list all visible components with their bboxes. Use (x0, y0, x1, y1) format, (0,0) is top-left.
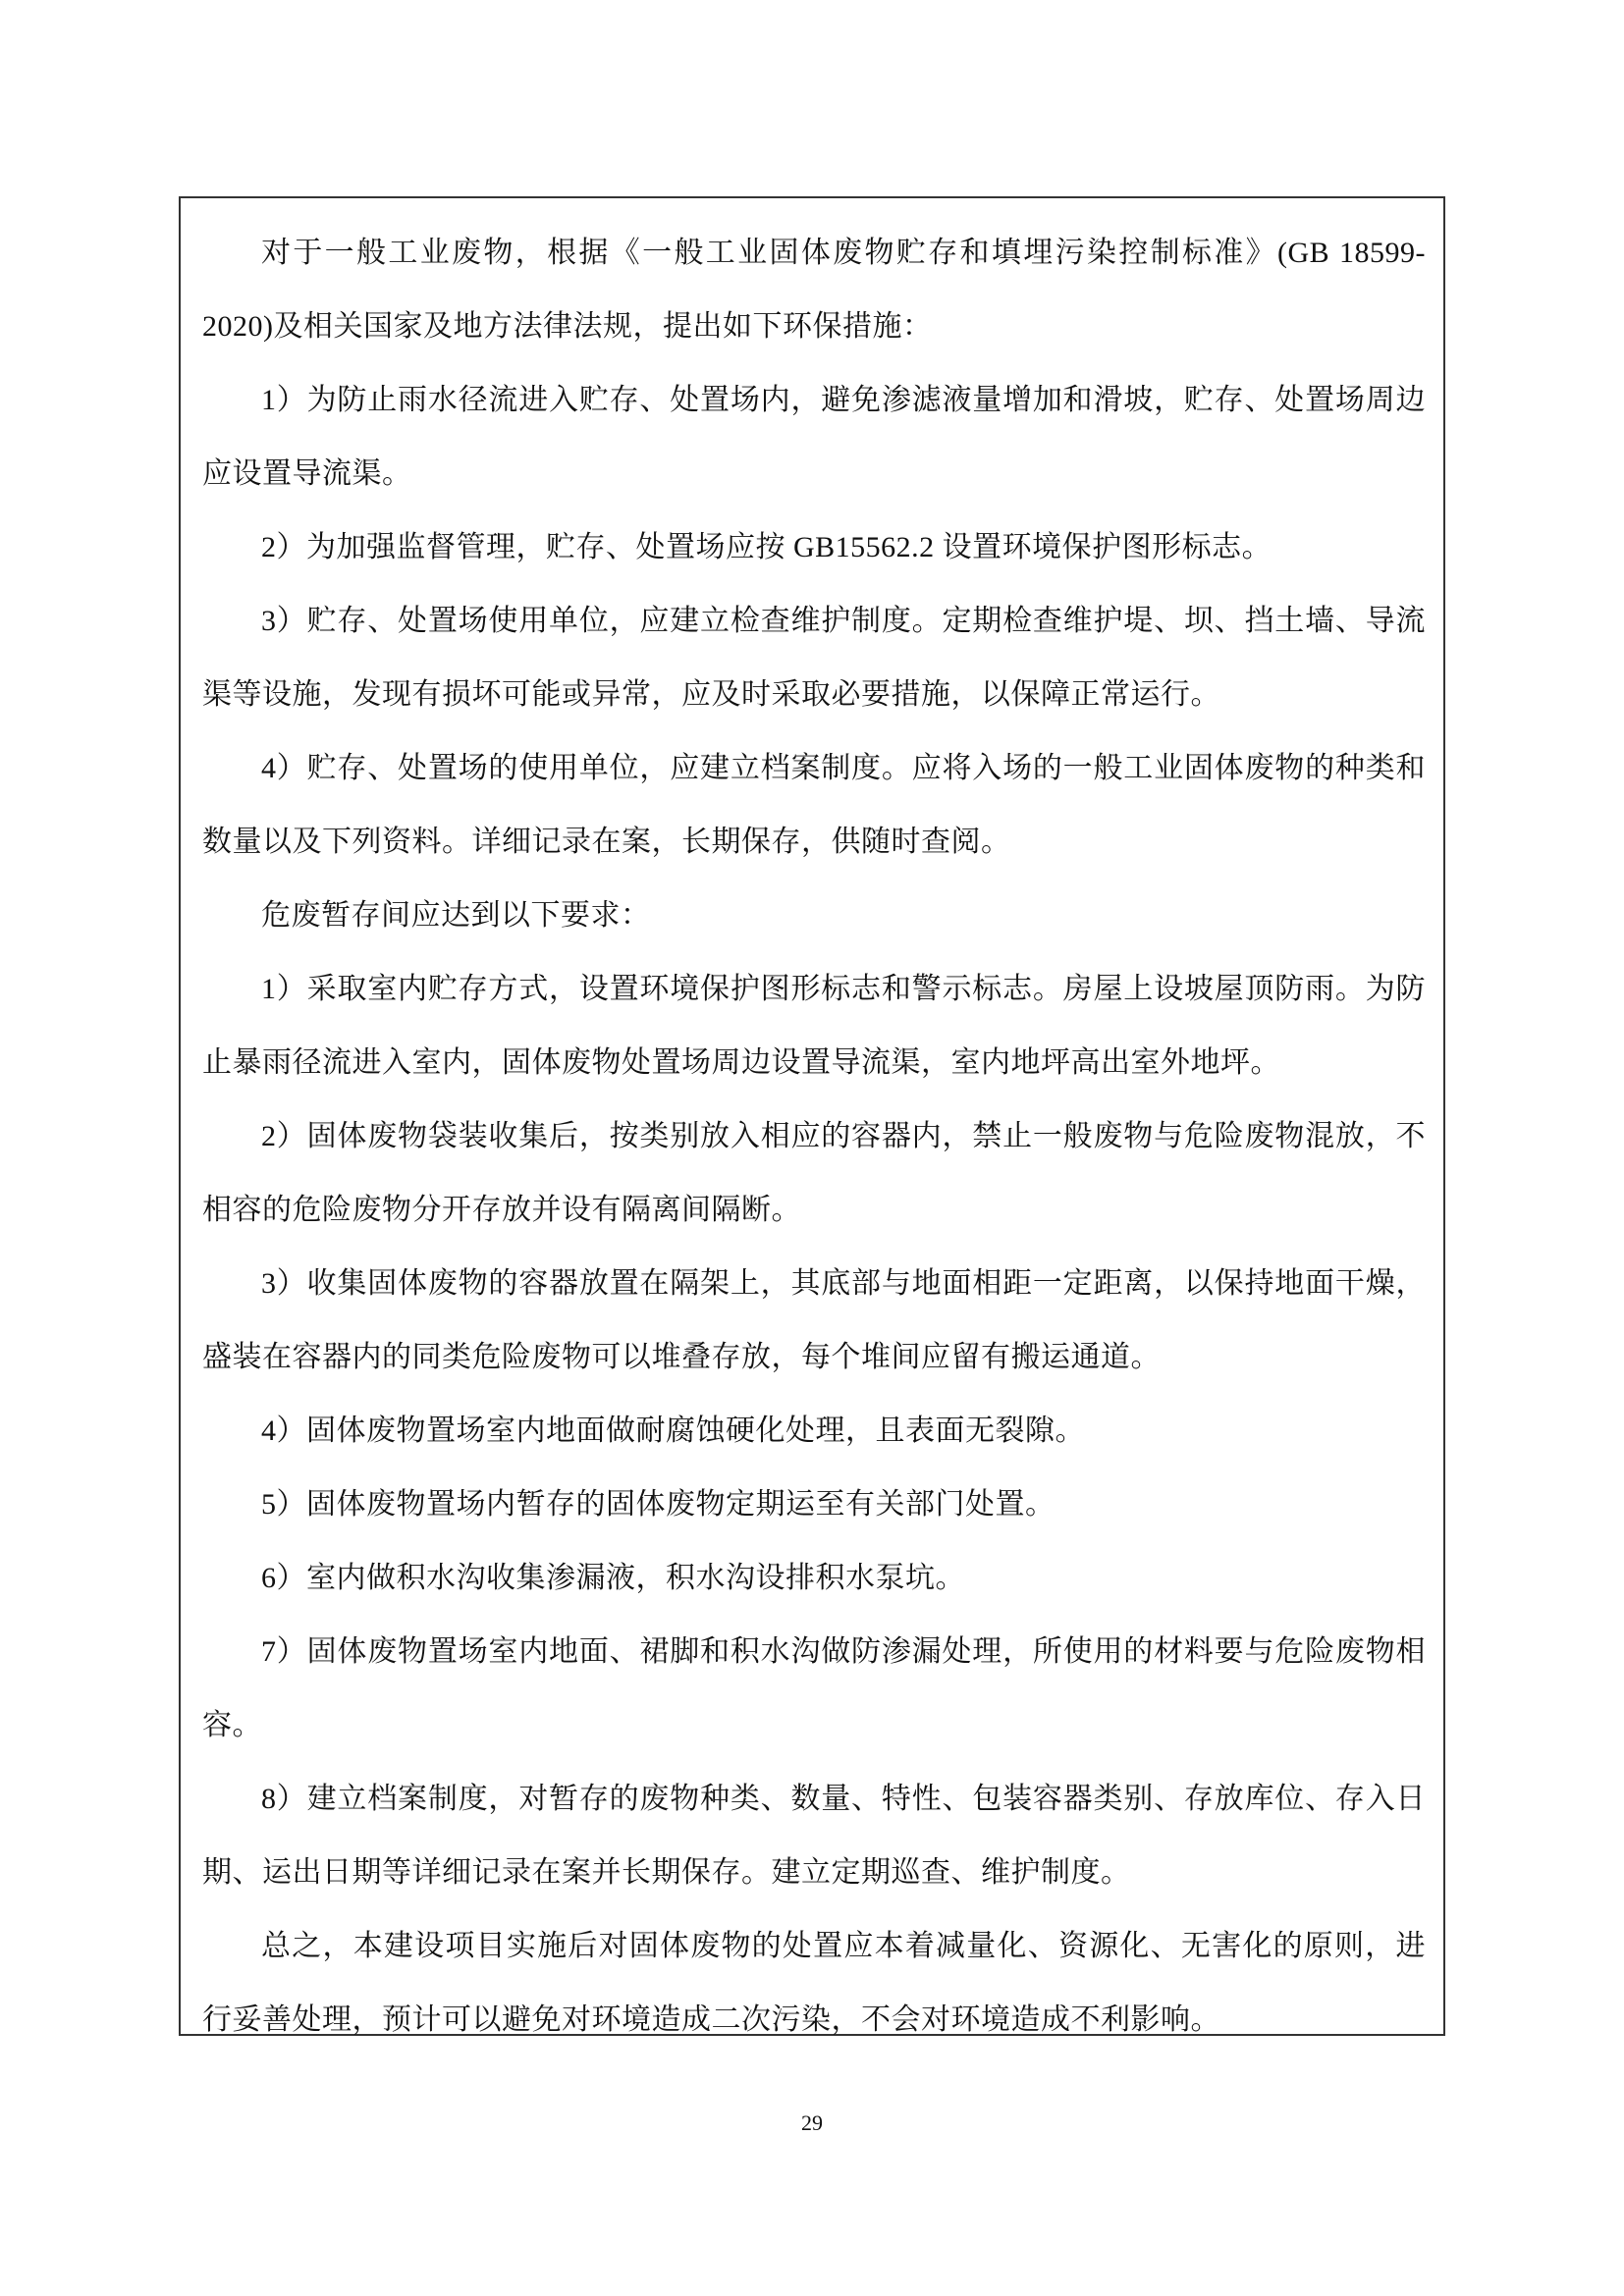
paragraph-hazardous-heading: 危废暂存间应达到以下要求： (202, 879, 1426, 952)
paragraph-hazardous-5: 5）固体废物置场内暂存的固体废物定期运至有关部门处置。 (202, 1468, 1426, 1541)
paragraph-general-2: 2）为加强监督管理，贮存、处置场应按 GB15562.2 设置环境保护图形标志。 (202, 510, 1426, 584)
paragraph-hazardous-1: 1）采取室内贮存方式，设置环境保护图形标志和警示标志。房屋上设坡屋顶防雨。为防止… (202, 952, 1426, 1099)
content-box: 对于一般工业废物，根据《一般工业固体废物贮存和填埋污染控制标准》(GB 1859… (179, 196, 1445, 2036)
paragraph-hazardous-4: 4）固体废物置场室内地面做耐腐蚀硬化处理，且表面无裂隙。 (202, 1394, 1426, 1468)
paragraph-general-3: 3）贮存、处置场使用单位，应建立检查维护制度。定期检查维护堤、坝、挡土墙、导流渠… (202, 584, 1426, 731)
paragraph-general-4: 4）贮存、处置场的使用单位，应建立档案制度。应将入场的一般工业固体废物的种类和数… (202, 731, 1426, 879)
paragraph-hazardous-7: 7）固体废物置场室内地面、裙脚和积水沟做防渗漏处理，所使用的材料要与危险废物相容… (202, 1615, 1426, 1762)
page-number: 29 (0, 2110, 1624, 2136)
paragraph-hazardous-3: 3）收集固体废物的容器放置在隔架上，其底部与地面相距一定距离，以保持地面干燥，盛… (202, 1247, 1426, 1394)
paragraph-conclusion: 总之，本建设项目实施后对固体废物的处置应本着减量化、资源化、无害化的原则，进行妥… (202, 1909, 1426, 2056)
paragraph-general-1: 1）为防止雨水径流进入贮存、处置场内，避免渗滤液量增加和滑坡，贮存、处置场周边应… (202, 363, 1426, 510)
content-body: 对于一般工业废物，根据《一般工业固体废物贮存和填埋污染控制标准》(GB 1859… (202, 216, 1426, 2056)
paragraph-hazardous-6: 6）室内做积水沟收集渗漏液，积水沟设排积水泵坑。 (202, 1541, 1426, 1615)
paragraph-hazardous-8: 8）建立档案制度，对暂存的废物种类、数量、特性、包装容器类别、存放库位、存入日期… (202, 1762, 1426, 1909)
paragraph-intro: 对于一般工业废物，根据《一般工业固体废物贮存和填埋污染控制标准》(GB 1859… (202, 216, 1426, 363)
paragraph-hazardous-2: 2）固体废物袋装收集后，按类别放入相应的容器内，禁止一般废物与危险废物混放，不相… (202, 1099, 1426, 1247)
